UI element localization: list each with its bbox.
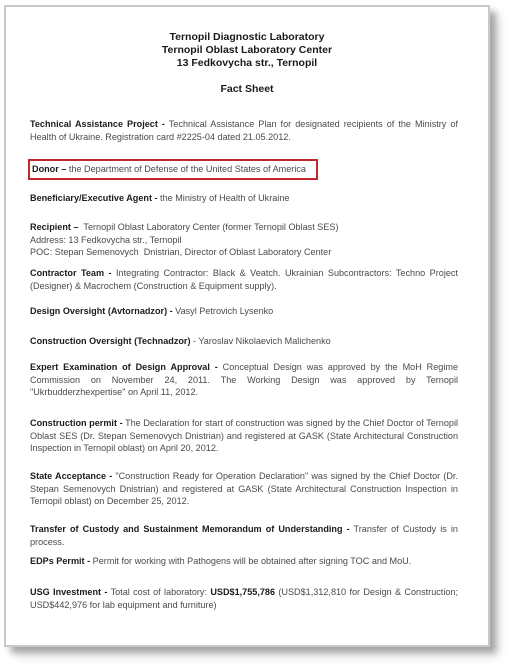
recipient-address: Address: 13 Fedkovycha str., Ternopil	[30, 234, 458, 247]
section-text: Vasyl Petrovich Lysenko	[173, 306, 274, 316]
recipient-poc: POC: Stepan Semenovych Dnistrian, Direct…	[30, 246, 458, 259]
section-technical-assistance: Technical Assistance Project - Technical…	[30, 118, 458, 143]
section-beneficiary: Beneficiary/Executive Agent - the Minist…	[30, 192, 458, 205]
section-expert-examination: Expert Examination of Design Approval - …	[30, 361, 458, 399]
section-text: Permit for working with Pathogens will b…	[90, 556, 411, 566]
section-state-acceptance: State Acceptance - "Construction Ready f…	[30, 470, 458, 508]
section-text: the Ministry of Health of Ukraine	[158, 193, 290, 203]
document-header: Ternopil Diagnostic Laboratory Ternopil …	[6, 31, 488, 70]
section-usg-investment: USG Investment - Total cost of laborator…	[30, 586, 458, 611]
section-label: Expert Examination of Design Approval -	[30, 362, 218, 372]
section-design-oversight: Design Oversight (Avtornadzor) - Vasyl P…	[30, 305, 458, 318]
section-label: Construction permit -	[30, 418, 123, 428]
section-construction-oversight: Construction Oversight (Technadzor) - Ya…	[30, 335, 458, 348]
section-label: EDPs Permit -	[30, 556, 90, 566]
section-text: - Yaroslav Nikolaevich Malichenko	[191, 336, 331, 346]
section-label: State Acceptance -	[30, 471, 112, 481]
document-title: Fact Sheet	[6, 83, 488, 95]
total-cost-value: USD$1,755,786	[210, 587, 275, 597]
section-edps-permit: EDPs Permit - Permit for working with Pa…	[30, 555, 458, 568]
section-label: Technical Assistance Project -	[30, 119, 165, 129]
section-recipient: Recipient – Ternopil Oblast Laboratory C…	[30, 221, 458, 259]
section-label: Contractor Team -	[30, 268, 112, 278]
section-contractor-team: Contractor Team - Integrating Contractor…	[30, 267, 458, 292]
section-label: Transfer of Custody and Sustainment Memo…	[30, 524, 350, 534]
donor-highlight-box	[28, 159, 318, 180]
section-label: Recipient –	[30, 222, 79, 232]
section-construction-permit: Construction permit - The Declaration fo…	[30, 417, 458, 455]
header-address: 13 Fedkovycha str., Ternopil	[6, 57, 488, 70]
section-label: USG Investment -	[30, 587, 107, 597]
section-text: Ternopil Oblast Laboratory Center (forme…	[79, 222, 339, 232]
section-label: Design Oversight (Avtornadzor) -	[30, 306, 173, 316]
header-center-name: Ternopil Oblast Laboratory Center	[6, 44, 488, 57]
section-text: Total cost of laboratory:	[107, 587, 210, 597]
section-label: Beneficiary/Executive Agent -	[30, 193, 158, 203]
fact-sheet-page: Ternopil Diagnostic Laboratory Ternopil …	[4, 5, 490, 647]
header-lab-name: Ternopil Diagnostic Laboratory	[6, 31, 488, 44]
section-transfer-of-custody: Transfer of Custody and Sustainment Memo…	[30, 523, 458, 548]
section-label: Construction Oversight (Technadzor)	[30, 336, 191, 346]
